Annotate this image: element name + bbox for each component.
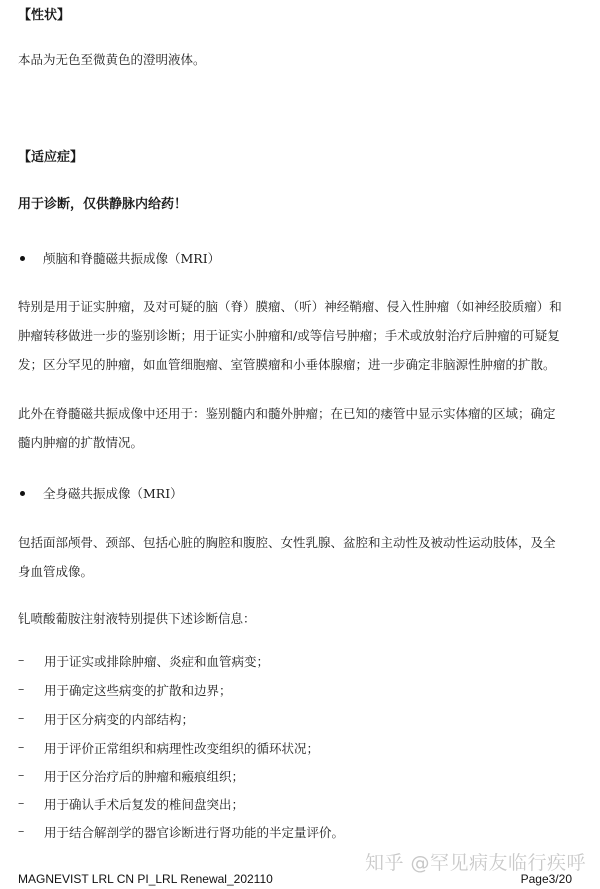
paragraph-spinal-details: 此外在脊髓磁共振成像中还用于：鉴别髓内和髓外肿瘤；在已知的瘘管中显示实体瘤的区域… <box>18 399 580 457</box>
dash-list-item: – 用于评价正常组织和病理性改变组织的循环状况； <box>18 739 319 757</box>
bullet-icon <box>20 491 25 496</box>
paragraph-line: 发；区分罕见的肿瘤，如血管细胞瘤、室管膜瘤和小垂体腺瘤；进一步确定非脑源性肿瘤的… <box>18 350 580 379</box>
usage-warning: 用于诊断，仅供静脉内给药！ <box>18 193 187 212</box>
paragraph-line: 包括面部颅骨、颈部、包括心脏的胸腔和腹腔、女性乳腺、盆腔和主动性及被动性运动肢体… <box>18 528 580 557</box>
dash-list-item: – 用于确认手术后复发的椎间盘突出； <box>18 795 244 813</box>
dash-icon: – <box>18 710 44 728</box>
paragraph-line: 髓内肿瘤的扩散情况。 <box>18 428 580 457</box>
dash-icon: – <box>18 681 44 699</box>
bullet-item-cranial-mri: 颅脑和脊髓磁共振成像（MRI） <box>18 249 220 267</box>
paragraph-cranial-details: 特别是用于证实肿瘤，及对可疑的脑（脊）膜瘤、（听）神经鞘瘤、侵入性肿瘤（如神经胶… <box>18 292 580 379</box>
paragraph-whole-body-details: 包括面部颅骨、颈部、包括心脏的胸腔和腹腔、女性乳腺、盆腔和主动性及被动性运动肢体… <box>18 528 580 586</box>
section-heading-properties: 【性状】 <box>18 4 70 23</box>
bullet-label: 颅脑和脊髓磁共振成像（MRI） <box>43 249 220 267</box>
paragraph-line: 身血管成像。 <box>18 557 580 586</box>
bullet-icon <box>20 256 25 261</box>
paragraph-line: 此外在脊髓磁共振成像中还用于：鉴别髓内和髓外肿瘤；在已知的瘘管中显示实体瘤的区域… <box>18 399 580 428</box>
dash-icon: – <box>18 652 44 670</box>
dash-icon: – <box>18 795 44 813</box>
dash-list-item: – 用于区分治疗后的肿瘤和瘢痕组织； <box>18 767 244 785</box>
paragraph-diagnostic-info-intro: 钆喷酸葡胺注射液特别提供下述诊断信息： <box>18 604 580 633</box>
paragraph-line: 肿瘤转移做进一步的鉴别诊断；用于证实小肿瘤和/或等信号肿瘤；手术或放射治疗后肿瘤… <box>18 321 580 350</box>
dash-icon: – <box>18 767 44 785</box>
properties-text: 本品为无色至微黄色的澄明液体。 <box>18 45 580 74</box>
bullet-label: 全身磁共振成像（MRI） <box>43 484 183 502</box>
dash-list-item: – 用于结合解剖学的器官诊断进行肾功能的半定量评价。 <box>18 823 344 841</box>
dash-list-item: – 用于确定这些病变的扩散和边界； <box>18 681 232 699</box>
dash-icon: – <box>18 739 44 757</box>
dash-list-item: – 用于证实或排除肿瘤、炎症和血管病变； <box>18 652 269 670</box>
dash-icon: – <box>18 823 44 841</box>
footer-page-number: Page3/20 <box>521 872 572 886</box>
dash-list-item: – 用于区分病变的内部结构； <box>18 710 194 728</box>
watermark: 知乎 @罕见病友临行疾呼 <box>365 848 586 875</box>
footer-doc-id: MAGNEVIST LRL CN PI_LRL Renewal_202110 <box>18 872 273 886</box>
bullet-item-whole-body-mri: 全身磁共振成像（MRI） <box>18 484 183 502</box>
paragraph-line: 特别是用于证实肿瘤，及对可疑的脑（脊）膜瘤、（听）神经鞘瘤、侵入性肿瘤（如神经胶… <box>18 292 580 321</box>
section-heading-indications: 【适应症】 <box>18 146 83 165</box>
